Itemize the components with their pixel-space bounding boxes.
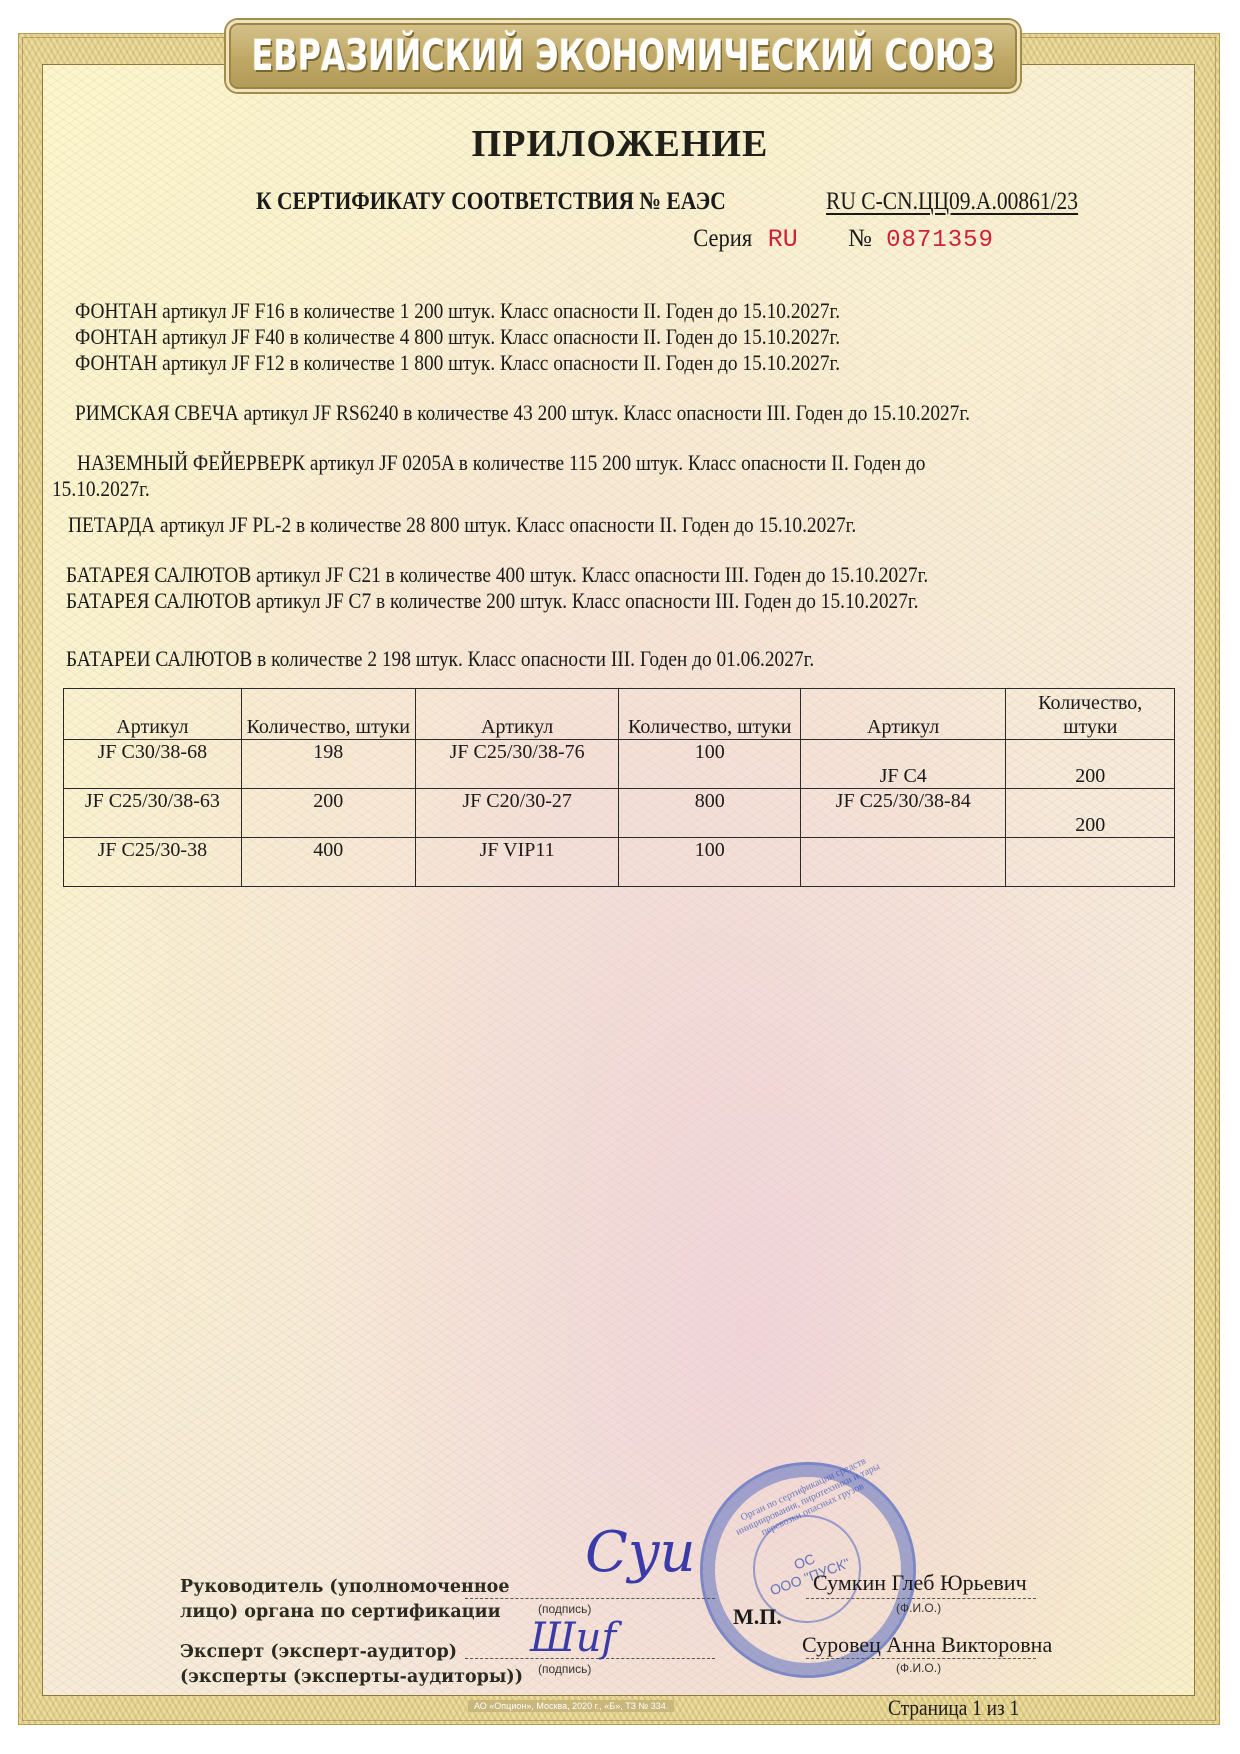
cell-article: JF VIP11	[415, 838, 619, 887]
head-name: Сумкин Глеб Юрьевич	[813, 1570, 1027, 1596]
item-line: ФОНТАН артикул JF F12 в количестве 1 800…	[75, 350, 840, 376]
item-line: БАТАРЕЯ САЛЮТОВ артикул JF C21 в количес…	[66, 562, 928, 588]
head-label: Руководитель (уполномоченное лицо) орган…	[180, 1575, 509, 1625]
cell-article: JF C25/30-38	[64, 838, 242, 887]
cell-article: JF C20/30-27	[415, 789, 619, 838]
seal-label: М.П.	[733, 1604, 782, 1630]
cell-quantity: 200	[1006, 740, 1175, 789]
cell-article: JF C25/30/38-76	[415, 740, 619, 789]
cell-article: JF C25/30/38-63	[64, 789, 242, 838]
cell-article: JF C30/38-68	[64, 740, 242, 789]
item-line-continuation: 15.10.2027г.	[52, 476, 150, 502]
item-line: РИМСКАЯ СВЕЧА артикул JF RS6240 в количе…	[75, 400, 970, 426]
item-line: ФОНТАН артикул JF F40 в количестве 4 800…	[75, 324, 840, 350]
item-line: ПЕТАРДА артикул JF PL-2 в количестве 28 …	[68, 512, 856, 538]
expert-signature: Шиf	[530, 1615, 616, 1661]
series-row: Серия RU № 0871359	[690, 225, 994, 254]
page-number: Страница 1 из 1	[888, 1695, 1019, 1721]
battery-articles-table: Артикул Количество, штуки Артикул Количе…	[63, 688, 1175, 887]
header-quantity: Количество, штуки	[619, 689, 800, 740]
certificate-number: RU C-CN.ЦЦ09.А.00861/23	[826, 188, 1078, 216]
header-quantity: Количество, штуки	[1006, 689, 1175, 740]
series-label: Серия	[693, 225, 752, 253]
certificate-subtitle: К СЕРТИФИКАТУ СООТВЕТСТВИЯ № ЕАЭС	[256, 188, 726, 216]
expert-name: Суровец Анна Викторовна	[802, 1632, 1052, 1658]
cell-quantity: 200	[241, 789, 415, 838]
item-line: ФОНТАН артикул JF F16 в количестве 1 200…	[75, 298, 840, 324]
expert-signature-caption: (подпись)	[538, 1662, 591, 1676]
cell-quantity: 800	[619, 789, 800, 838]
head-signature-caption: (подпись)	[538, 1602, 591, 1616]
expert-name-line	[806, 1658, 1036, 1659]
cell-article	[800, 838, 1006, 887]
cell-quantity: 400	[241, 838, 415, 887]
union-banner: ЕВРАЗИЙСКИЙ ЭКОНОМИЧЕСКИЙ СОЮЗ	[226, 20, 1020, 92]
expert-label: Эксперт (эксперт-аудитор) (эксперты (экс…	[180, 1640, 523, 1690]
cell-quantity: 100	[619, 740, 800, 789]
head-signature: Cyu	[585, 1520, 696, 1585]
head-name-caption: (Ф.И.О.)	[896, 1601, 941, 1615]
blank-number: 0871359	[886, 227, 994, 254]
cell-quantity: 200	[1006, 789, 1175, 838]
header-article: Артикул	[415, 689, 619, 740]
header-quantity: Количество, штуки	[241, 689, 415, 740]
item-line: БАТАРЕЯ САЛЮТОВ артикул JF C7 в количест…	[66, 588, 918, 614]
number-label: №	[848, 225, 872, 252]
table-row: JF C25/30/38-63 200 JF C20/30-27 800 JF …	[64, 789, 1175, 838]
banner-title: ЕВРАЗИЙСКИЙ ЭКОНОМИЧЕСКИЙ СОЮЗ	[251, 31, 994, 81]
item-line: НАЗЕМНЫЙ ФЕЙЕРВЕРК артикул JF 0205A в ко…	[77, 450, 925, 476]
expert-name-caption: (Ф.И.О.)	[896, 1661, 941, 1675]
header-article: Артикул	[800, 689, 1006, 740]
cell-quantity	[1006, 838, 1175, 887]
table-row: JF C30/38-68 198 JF C25/30/38-76 100 JF …	[64, 740, 1175, 789]
cell-article: JF C4	[800, 740, 1006, 789]
header-article: Артикул	[64, 689, 242, 740]
cell-quantity: 100	[619, 838, 800, 887]
series-value: RU	[768, 225, 798, 254]
printer-imprint: АО «Опцион», Москва, 2020 г., «Б», ТЗ № …	[468, 1700, 674, 1712]
head-signature-line	[465, 1598, 715, 1599]
document-title: ПРИЛОЖЕНИЕ	[0, 122, 1240, 166]
table-header-row: Артикул Количество, штуки Артикул Количе…	[64, 689, 1175, 740]
item-line: БАТАРЕИ САЛЮТОВ в количестве 2 198 штук.…	[66, 646, 814, 672]
table-row: JF C25/30-38 400 JF VIP11 100	[64, 838, 1175, 887]
cell-quantity: 198	[241, 740, 415, 789]
head-name-line	[806, 1598, 1036, 1599]
cell-article: JF C25/30/38-84	[800, 789, 1006, 838]
